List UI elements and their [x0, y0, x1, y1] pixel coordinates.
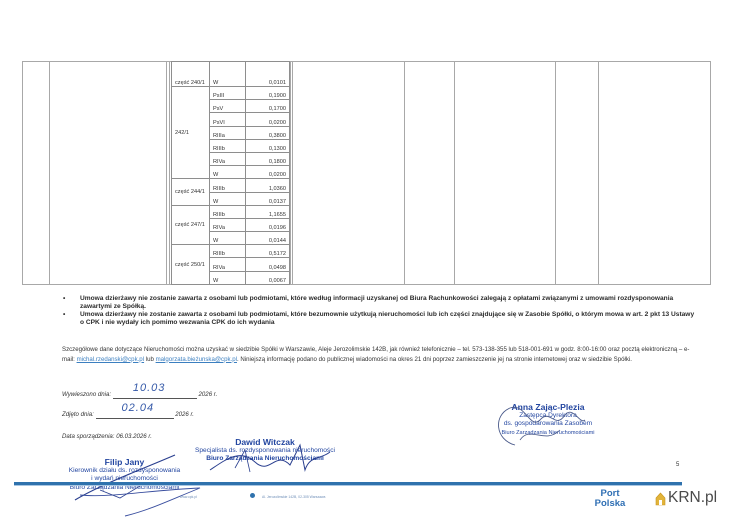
table-row: część 247/1RIIIb1,1655	[172, 205, 290, 218]
removed-date-field: Zdjęto dnia: 02.04 2026 r.	[62, 411, 194, 419]
land-class-cell: RIIIb	[210, 245, 246, 258]
posted-year: 2026 r.	[199, 391, 218, 398]
area-cell: 0,1800	[246, 152, 290, 165]
email-link-rzedanski[interactable]: michal.rzedanski@cpk.pl	[77, 356, 145, 363]
table-column-divider	[290, 61, 291, 285]
removed-label: Zdjęto dnia:	[62, 411, 94, 418]
footer-website: www.cpk.pl	[180, 495, 197, 499]
area-cell: 0,0067	[246, 271, 290, 284]
table-column-divider	[169, 61, 170, 285]
parcel-number-cell: część 240/1	[172, 62, 210, 87]
area-cell: 0,0200	[246, 166, 290, 179]
port-polska-logo: Port Polska	[585, 489, 635, 508]
parcel-number-cell: część 244/1	[172, 179, 210, 205]
removed-date-handwritten: 02.04	[122, 402, 155, 414]
stamp-name: Anna Zając-Plezia	[478, 402, 618, 412]
stamp-witczak: Dawid Witczak Specjalista ds. rozdyspono…	[190, 437, 340, 464]
land-class-cell: RIVa	[210, 218, 246, 231]
condition-item: • Umowa dzierżawy nie zostanie zawarta z…	[56, 295, 696, 311]
area-cell: 0,1900	[246, 87, 290, 100]
table-column-divider	[404, 61, 405, 285]
land-class-cell: RIIIb	[210, 179, 246, 192]
parcel-number-cell: 242/1	[172, 87, 210, 179]
area-cell: 0,0144	[246, 232, 290, 245]
land-class-cell: PsVI	[210, 113, 246, 126]
location-pin-icon	[250, 493, 255, 498]
document-page: część 240/1W0,0101242/1PsIII0,1900PsV0,1…	[0, 0, 740, 524]
posted-date-field: Wywieszono dnia: 10.03 2026 r.	[62, 391, 217, 399]
land-class-cell: W	[210, 271, 246, 284]
table-column-divider	[454, 61, 455, 285]
stamp-title-2: ds. gospodarowania Zasobem	[478, 420, 618, 428]
land-class-cell: RIVa	[210, 152, 246, 165]
table-column-divider	[49, 61, 50, 285]
land-class-cell: PsV	[210, 100, 246, 113]
land-class-subtable: część 240/1W0,0101242/1PsIII0,1900PsV0,1…	[171, 61, 289, 285]
email-link-biezunska[interactable]: malgorzata.bieżunska@cpk.pl	[156, 356, 237, 363]
area-cell: 1,1655	[246, 205, 290, 218]
land-class-cell: W	[210, 166, 246, 179]
stamp-jany: Filip Jany Kierownik działu ds. rozdyspo…	[52, 457, 197, 492]
posted-date-blank: 10.03	[113, 391, 197, 399]
stamp-name: Dawid Witczak	[190, 437, 340, 447]
stamp-title: Kierownik działu ds. rozdysponowania	[52, 467, 197, 475]
details-text: lub	[144, 356, 156, 363]
land-class-cell: RIIIb	[210, 139, 246, 152]
footer-divider-light	[14, 485, 682, 486]
area-cell: 0,0498	[246, 258, 290, 271]
table-row: część 244/1RIIIb1,0360	[172, 179, 290, 192]
area-cell: 0,0200	[246, 113, 290, 126]
stamp-department: Biuro Zarządzania Nieruchomościami	[478, 429, 618, 437]
land-class-cell: RIVa	[210, 258, 246, 271]
prepared-date: Data sporządzenia: 06.03.2026 r.	[62, 433, 152, 440]
stamp-title: Zastępca Dyrektora	[478, 412, 618, 420]
krn-watermark: KRN.pl	[668, 489, 717, 507]
posted-date-handwritten: 10.03	[133, 382, 166, 394]
removed-year: 2026 r.	[175, 411, 194, 418]
parcel-number-cell: część 250/1	[172, 245, 210, 285]
table-column-divider	[166, 61, 167, 285]
stamp-plezia: Anna Zając-Plezia Zastępca Dyrektora ds.…	[478, 402, 618, 437]
removed-date-blank: 02.04	[96, 411, 174, 419]
bullet-icon: •	[63, 311, 65, 319]
area-cell: 0,0196	[246, 218, 290, 231]
area-cell: 0,5172	[246, 245, 290, 258]
logo-line-2: Polska	[585, 499, 635, 509]
page-number: 5	[676, 462, 679, 468]
details-paragraph: Szczegółowe dane dotyczące Nieruchomości…	[62, 345, 692, 364]
table-row: część 240/1W0,0101	[172, 62, 290, 87]
posted-label: Wywieszono dnia:	[62, 391, 111, 398]
area-cell: 1,0360	[246, 179, 290, 192]
land-class-cell: PsIII	[210, 87, 246, 100]
area-cell: 0,0137	[246, 192, 290, 205]
area-cell: 0,3800	[246, 126, 290, 139]
footer-address: Al. Jerozolimskie 142B, 02-305 Warszawa	[262, 495, 325, 499]
details-text: . Niniejszą informację podano do publicz…	[237, 356, 632, 363]
area-cell: 0,1300	[246, 139, 290, 152]
conditions-list: • Umowa dzierżawy nie zostanie zawarta z…	[56, 295, 696, 327]
parcel-number-cell: część 247/1	[172, 205, 210, 245]
condition-text: Umowa dzierżawy nie zostanie zawarta z o…	[80, 311, 694, 326]
stamp-department: Biuro Zarządzania Nieruchomościami	[190, 455, 340, 463]
parcel-table	[22, 61, 711, 285]
table-row: 242/1PsIII0,1900	[172, 87, 290, 100]
bullet-icon: •	[63, 295, 65, 303]
area-cell: 0,1700	[246, 100, 290, 113]
area-cell: 0,0101	[246, 62, 290, 87]
land-class-cell: RIIIa	[210, 126, 246, 139]
land-class-cell: W	[210, 192, 246, 205]
condition-item: • Umowa dzierżawy nie zostanie zawarta z…	[56, 311, 696, 327]
land-class-cell: W	[210, 62, 246, 87]
table-column-divider	[292, 61, 293, 285]
table-column-divider	[555, 61, 556, 285]
stamp-name: Filip Jany	[52, 457, 197, 467]
stamp-title: Specjalista ds. rozdysponowania nierucho…	[190, 447, 340, 455]
krn-house-icon	[655, 492, 666, 506]
land-class-cell: RIIIb	[210, 205, 246, 218]
condition-text: Umowa dzierżawy nie zostanie zawarta z o…	[80, 295, 673, 310]
table-row: część 250/1RIIIb0,5172	[172, 245, 290, 258]
land-class-cell: W	[210, 232, 246, 245]
table-column-divider	[598, 61, 599, 285]
